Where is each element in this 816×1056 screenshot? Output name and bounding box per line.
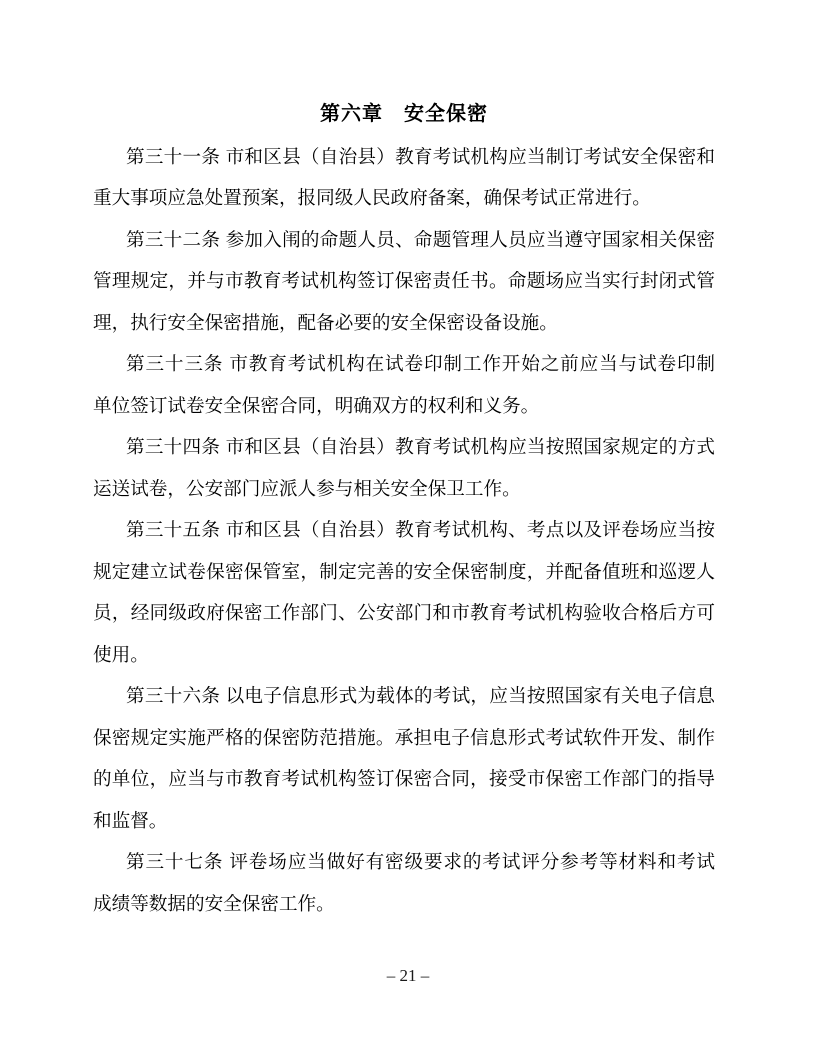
- body-line: 第三十一条 市和区县（自治县）教育考试机构应当制订考试安全保密和: [93, 136, 715, 178]
- chapter-title: 第六章 安全保密: [93, 94, 715, 136]
- document-page: 第六章 安全保密 第三十一条 市和区县（自治县）教育考试机构应当制订考试安全保密…: [0, 0, 816, 1056]
- body-line: 员，经同级政府保密工作部门、公安部门和市教育考试机构验收合格后方可: [93, 592, 715, 634]
- body-line: 使用。: [93, 634, 715, 676]
- body-line: 管理规定，并与市教育考试机构签订保密责任书。命题场应当实行封闭式管: [93, 260, 715, 302]
- body-line: 第三十三条 市教育考试机构在试卷印制工作开始之前应当与试卷印制: [93, 343, 715, 385]
- body-line: 第三十二条 参加入闱的命题人员、命题管理人员应当遵守国家相关保密: [93, 219, 715, 261]
- body-line: 第三十七条 评卷场应当做好有密级要求的考试评分参考等材料和考试: [93, 841, 715, 883]
- body-line: 第三十六条 以电子信息形式为载体的考试，应当按照国家有关电子信息: [93, 675, 715, 717]
- paragraph: 第三十五条 市和区县（自治县）教育考试机构、考点以及评卷场应当按规定建立试卷保密…: [93, 509, 715, 675]
- body-line: 单位签订试卷安全保密合同，明确双方的权利和义务。: [93, 385, 715, 427]
- body-line: 和监督。: [93, 800, 715, 842]
- body-line: 理，执行安全保密措施，配备必要的安全保密设备设施。: [93, 302, 715, 344]
- body-line: 保密规定实施严格的保密防范措施。承担电子信息形式考试软件开发、制作: [93, 717, 715, 759]
- page-number: – 21 –: [0, 966, 816, 986]
- body-line: 的单位，应当与市教育考试机构签订保密合同，接受市保密工作部门的指导: [93, 758, 715, 800]
- body-line: 成绩等数据的安全保密工作。: [93, 883, 715, 925]
- paragraph: 第三十七条 评卷场应当做好有密级要求的考试评分参考等材料和考试成绩等数据的安全保…: [93, 841, 715, 924]
- paragraph: 第三十二条 参加入闱的命题人员、命题管理人员应当遵守国家相关保密管理规定，并与市…: [93, 219, 715, 344]
- paragraph: 第三十四条 市和区县（自治县）教育考试机构应当按照国家规定的方式运送试卷，公安部…: [93, 426, 715, 509]
- document-content: 第六章 安全保密 第三十一条 市和区县（自治县）教育考试机构应当制订考试安全保密…: [93, 94, 715, 924]
- body-line: 第三十五条 市和区县（自治县）教育考试机构、考点以及评卷场应当按: [93, 509, 715, 551]
- body-line: 规定建立试卷保密保管室，制定完善的安全保密制度，并配备值班和巡逻人: [93, 551, 715, 593]
- document-body: 第三十一条 市和区县（自治县）教育考试机构应当制订考试安全保密和重大事项应急处置…: [93, 136, 715, 925]
- body-line: 运送试卷，公安部门应派人参与相关安全保卫工作。: [93, 468, 715, 510]
- paragraph: 第三十一条 市和区县（自治县）教育考试机构应当制订考试安全保密和重大事项应急处置…: [93, 136, 715, 219]
- paragraph: 第三十六条 以电子信息形式为载体的考试，应当按照国家有关电子信息保密规定实施严格…: [93, 675, 715, 841]
- paragraph: 第三十三条 市教育考试机构在试卷印制工作开始之前应当与试卷印制单位签订试卷安全保…: [93, 343, 715, 426]
- body-line: 第三十四条 市和区县（自治县）教育考试机构应当按照国家规定的方式: [93, 426, 715, 468]
- body-line: 重大事项应急处置预案，报同级人民政府备案，确保考试正常进行。: [93, 177, 715, 219]
